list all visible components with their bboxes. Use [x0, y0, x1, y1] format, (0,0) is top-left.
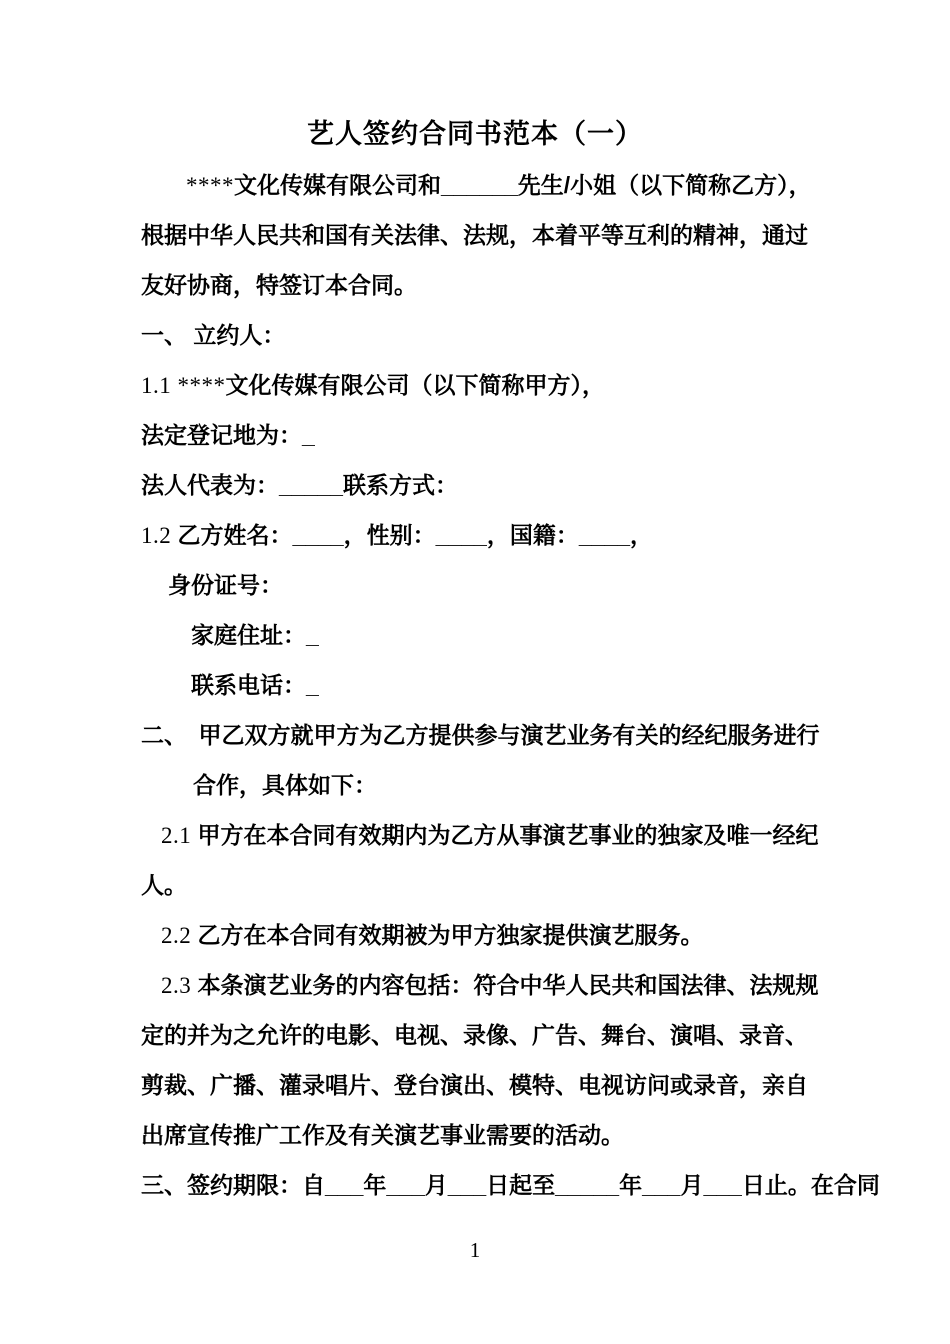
line-text: 一、 立约人： [141, 322, 285, 348]
text-line: ****文化传媒有限公司和______先生/小姐（以下简称乙方）， [141, 160, 841, 210]
text-line: 法人代表为：_____联系方式： [141, 460, 841, 510]
text-line: 2.3 本条演艺业务的内容包括：符合中华人民共和国法律、法规规 [141, 960, 841, 1010]
text-line: 家庭住址：_ [141, 610, 841, 660]
line-text: 家庭住址：_ [191, 622, 319, 648]
text-line: 剪裁、广播、灌录唱片、登台演出、模特、电视访问或录音，亲自 [141, 1060, 841, 1110]
line-text: 根据中华人民共和国有关法律、法规，本着平等互利的精神，通过 [141, 222, 808, 248]
text-line: 根据中华人民共和国有关法律、法规，本着平等互利的精神，通过 [141, 210, 841, 260]
document-body: ****文化传媒有限公司和______先生/小姐（以下简称乙方），根据中华人民共… [141, 160, 841, 1210]
line-number-prefix: 2.3 [161, 973, 198, 998]
line-text: 友好协商，特签订本合同。 [141, 272, 417, 298]
text-line: 友好协商，特签订本合同。 [141, 260, 841, 310]
line-text: 乙方姓名：____，性别：____，国籍：____， [178, 522, 654, 548]
line-text: 三、签约期限：自___年___月___日起至_____年___月___日止。在合… [141, 1172, 880, 1198]
line-text: 剪裁、广播、灌录唱片、登台演出、模特、电视访问或录音，亲自 [141, 1072, 808, 1098]
line-number-prefix: **** [186, 173, 234, 198]
line-text: 法人代表为：_____联系方式： [141, 472, 458, 498]
line-text: 乙方在本合同有效期被为甲方独家提供演艺服务。 [198, 922, 704, 948]
line-text: 合作，具体如下： [193, 772, 377, 798]
line-text: 文化传媒有限公司（以下简称甲方）， [226, 372, 606, 398]
text-line: 联系电话：_ [141, 660, 841, 710]
line-text: 定的并为之允许的电影、电视、录像、广告、舞台、演唱、录音、 [141, 1022, 808, 1048]
text-line: 出席宣传推广工作及有关演艺事业需要的活动。 [141, 1110, 841, 1160]
text-line: 1.1 ****文化传媒有限公司（以下简称甲方）， [141, 360, 841, 410]
text-line: 1.2 乙方姓名：____，性别：____，国籍：____， [141, 510, 841, 560]
line-text: 二、 甲乙双方就甲方为乙方提供参与演艺业务有关的经纪服务进行 [141, 722, 820, 748]
text-line: 2.1 甲方在本合同有效期内为乙方从事演艺事业的独家及唯一经纪 [141, 810, 841, 860]
line-text: 本条演艺业务的内容包括：符合中华人民共和国法律、法规规 [198, 972, 819, 998]
text-line: 三、签约期限：自___年___月___日起至_____年___月___日止。在合… [141, 1160, 841, 1210]
text-line: 一、 立约人： [141, 310, 841, 360]
text-line: 法定登记地为：_ [141, 410, 841, 460]
text-line: 身份证号： [141, 560, 841, 610]
text-line: 定的并为之允许的电影、电视、录像、广告、舞台、演唱、录音、 [141, 1010, 841, 1060]
line-text: 甲方在本合同有效期内为乙方从事演艺事业的独家及唯一经纪 [198, 822, 819, 848]
text-line: 人。 [141, 860, 841, 910]
line-number-prefix: 1.2 [141, 523, 178, 548]
line-number-prefix: 2.2 [161, 923, 198, 948]
text-line: 合作，具体如下： [141, 760, 841, 810]
line-text: 法定登记地为：_ [141, 422, 315, 448]
line-number-prefix: 1.1 **** [141, 373, 226, 398]
document-title: 艺人签约合同书范本（一） [0, 112, 950, 151]
line-text: 出席宣传推广工作及有关演艺事业需要的活动。 [141, 1122, 624, 1148]
document-page: 艺人签约合同书范本（一） ****文化传媒有限公司和______先生/小姐（以下… [0, 0, 950, 1344]
line-text: 身份证号： [168, 572, 283, 598]
page-number: 1 [0, 1238, 950, 1263]
line-number-prefix: 2.1 [161, 823, 198, 848]
text-line: 2.2 乙方在本合同有效期被为甲方独家提供演艺服务。 [141, 910, 841, 960]
line-text: 人。 [141, 872, 187, 898]
text-line: 二、 甲乙双方就甲方为乙方提供参与演艺业务有关的经纪服务进行 [141, 710, 841, 760]
line-text: 联系电话：_ [191, 672, 319, 698]
line-text: 文化传媒有限公司和______先生/小姐（以下简称乙方）， [234, 172, 812, 198]
